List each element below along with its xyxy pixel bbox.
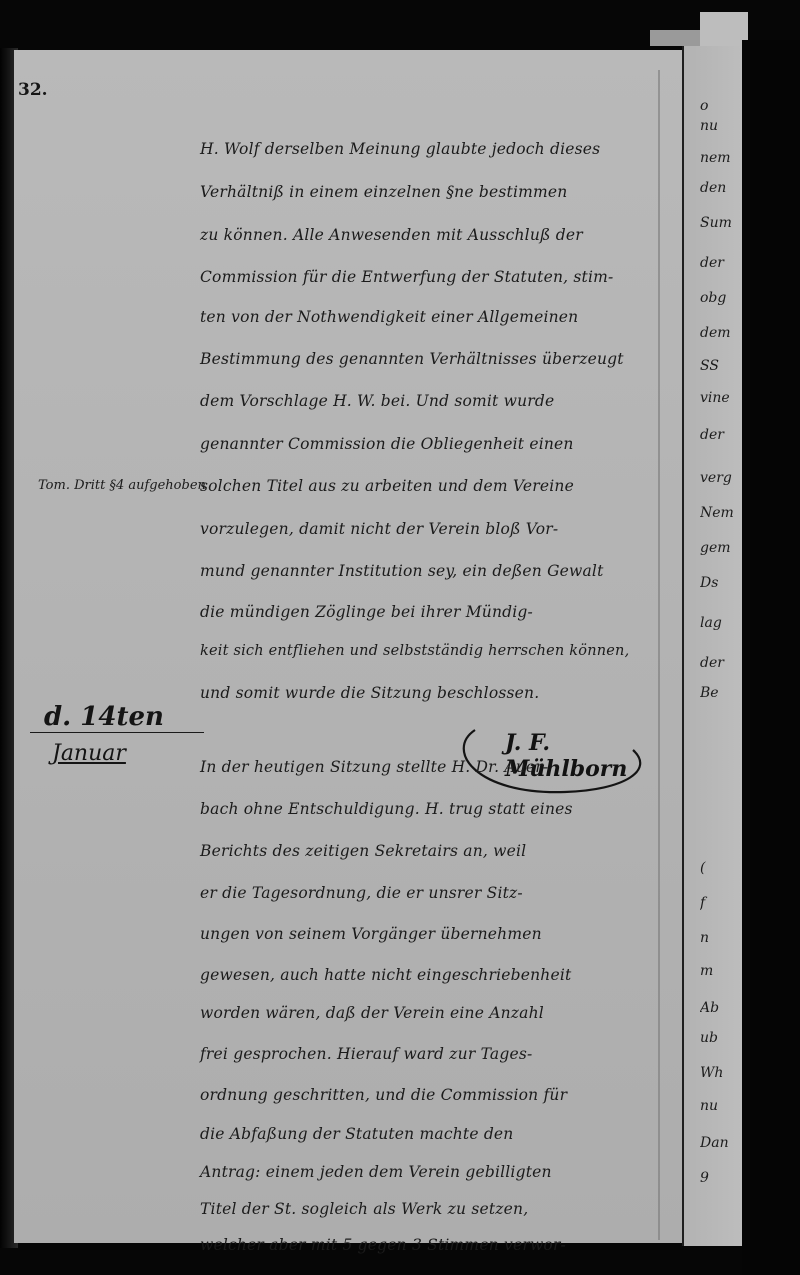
fragment: der <box>700 255 740 271</box>
text-line: ordnung geschritten, und die Commission … <box>200 1086 567 1104</box>
fragment: SS <box>700 358 740 374</box>
text-line: Verhältniß in einem einzelnen §ne bestim… <box>200 183 567 201</box>
fragment: Sum <box>700 215 740 231</box>
fragment: nu <box>700 1098 740 1114</box>
text-line: Commission für die Entwerfung der Statut… <box>200 268 613 286</box>
page-divider <box>682 46 684 1246</box>
date-heading: d. 14ten Januar <box>30 702 204 766</box>
text-line: ungen von seinem Vorgänger übernehmen <box>200 925 542 943</box>
text-line: H. Wolf derselben Meinung glaubte jedoch… <box>200 140 600 158</box>
text-line: dem Vorschlage H. W. bei. Und somit wurd… <box>200 392 554 410</box>
fragment: nem <box>700 150 740 166</box>
text-line: zu können. Alle Anwesenden mit Ausschluß… <box>200 226 583 244</box>
text-line: Titel der St. sogleich als Werk zu setze… <box>200 1200 528 1218</box>
text-line: und somit wurde die Sitzung beschlossen. <box>200 684 539 702</box>
text-line: worden wären, daß der Verein eine Anzahl <box>200 1004 544 1022</box>
fragment: m <box>700 963 740 979</box>
page-fold-line <box>658 70 660 1240</box>
fragment: Wh <box>700 1065 740 1081</box>
fragment: ( <box>700 860 740 876</box>
fragment: verg <box>700 470 740 486</box>
fragment: lag <box>700 615 740 631</box>
text-line: frei gesprochen. Hierauf ward zur Tages- <box>200 1045 532 1063</box>
margin-note: Tom. Dritt §4 aufgehoben <box>38 478 206 493</box>
text-line: er die Tagesordnung, die er unsrer Sitz- <box>200 884 523 902</box>
text-line: Berichts des zeitigen Sekretairs an, wei… <box>200 842 526 860</box>
fragment: vine <box>700 390 740 406</box>
fragment: Ab <box>700 1000 740 1016</box>
text-line: Antrag: einem jeden dem Verein gebilligt… <box>200 1163 552 1181</box>
text-line: ten von der Nothwendigkeit einer Allgeme… <box>200 308 578 326</box>
text-line: In der heutigen Sitzung stellte H. Dr. A… <box>200 758 548 776</box>
scan-background-right <box>742 40 800 1275</box>
text-line: mund genannter Institution sey, ein deße… <box>200 562 604 580</box>
paper-tab-shadow <box>650 30 700 46</box>
text-line: keit sich entfliehen und selbstständig h… <box>200 643 629 659</box>
fragment: Dan <box>700 1135 740 1151</box>
fragment: den <box>700 180 740 196</box>
date-day: d. 14ten <box>30 702 204 733</box>
fragment: ub <box>700 1030 740 1046</box>
text-line: vorzulegen, damit nicht der Verein bloß … <box>200 520 558 538</box>
fragment: der <box>700 427 740 443</box>
paper-tab <box>700 12 748 46</box>
fragment: f <box>700 895 740 911</box>
manuscript-scan: 32. H. Wolf derselben Meinung glaubte je… <box>0 0 800 1275</box>
text-line: gewesen, auch hatte nicht eingeschrieben… <box>200 966 571 984</box>
fragment: nu <box>700 118 740 134</box>
text-line: solchen Titel aus zu arbeiten und dem Ve… <box>200 477 574 495</box>
text-line: die Abfaßung der Statuten machte den <box>200 1125 514 1143</box>
date-month: Januar <box>30 741 204 766</box>
fragment: n <box>700 930 740 946</box>
fragment: der <box>700 655 740 671</box>
text-line: genannter Commission die Obliegenheit ei… <box>200 435 574 453</box>
fragment: o <box>700 98 740 114</box>
fragment: 9 <box>700 1170 740 1186</box>
fragment: Nem <box>700 505 740 521</box>
fragment: Ds <box>700 575 740 591</box>
fragment: dem <box>700 325 740 341</box>
text-line: Bestimmung des genannten Verhältnisses ü… <box>200 350 624 368</box>
page-number: 32. <box>18 80 48 100</box>
text-line: die mündigen Zöglinge bei ihrer Mündig- <box>200 603 533 621</box>
text-line: bach ohne Entschuldigung. H. trug statt … <box>200 800 573 818</box>
fragment: obg <box>700 290 740 306</box>
fragment: Be <box>700 685 740 701</box>
fragment: gem <box>700 540 740 556</box>
text-line: welcher aber mit 5 gegen 3 Stimmen verwo… <box>200 1236 566 1254</box>
